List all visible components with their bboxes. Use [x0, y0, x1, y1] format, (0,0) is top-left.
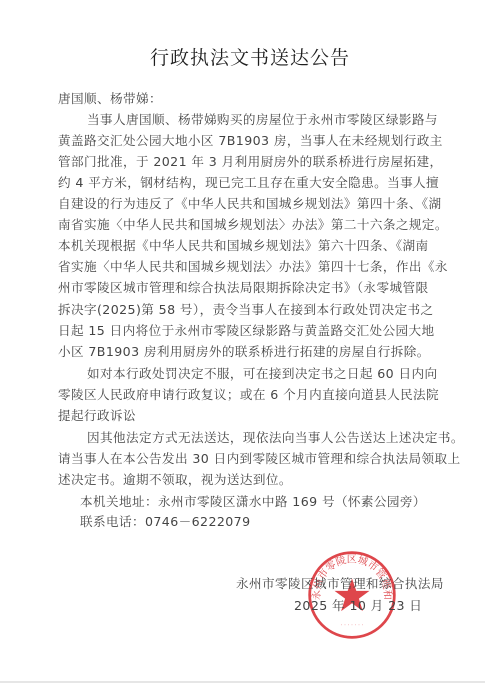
issuing-organization: 永州市零陵区城市管理和综合执法局	[236, 573, 444, 592]
page-bottom-edge	[0, 681, 485, 683]
paragraph1-line: 自建设的行为违反了《中华人民共和国城乡规划法》第四十条、《湖	[58, 196, 440, 212]
paragraph1-line: 省实施〈中华人民共和国城乡规划法〉办法》第四十七条，作出《永	[58, 259, 440, 275]
paragraph2-line: 提起行政诉讼	[58, 408, 440, 424]
paragraph1-line: 本机关现根据《中华人民共和国城乡规划法》第六十四条、《湖南	[58, 238, 440, 254]
issue-date: 2025 年 10 月 23 日	[294, 595, 422, 614]
paragraph1-line: 小区 7B1903 房利用厨房外的联系桥进行拓建的房屋自行拆除。	[58, 344, 440, 360]
agency-address: 本机关地址：永州市零陵区潇水中路 169 号（怀素公园旁）	[80, 494, 433, 510]
addressee: 唐国顺、杨带娣：	[58, 91, 440, 107]
paragraph1-line: 南省实施〈中华人民共和国城乡规划法〉办法》第二十六条之规定。	[58, 217, 440, 233]
paragraph1-line: 约 4 平方米，钢材结构，现已完工且存在重大安全隐患。当事人擅	[58, 175, 440, 191]
notice-document: 行政执法文书送达公告 唐国顺、杨带娣： 当事人唐国顺、杨带娣购买的房屋位于永州市…	[0, 0, 500, 688]
paragraph2-line: 零陵区人民政府申请行政复议；或在 6 个月内直接向道县人民法院	[58, 387, 440, 403]
svg-text:· · · · · · ·: · · · · · · ·	[341, 622, 364, 628]
paragraph1-line: 州市零陵区城市管理和综合执法局限期拆除决定书》（永零城管限	[58, 280, 440, 296]
paragraph3-line: 请当事人在本公告发出 30 日内到零陵区城市管理和综合执法局领取上	[58, 451, 440, 467]
paragraph2-line: 如对本行政处罚决定不服，可在接到决定书之日起 60 日内向	[87, 366, 440, 382]
paragraph1-line: 拆决字(2025)第 58 号），责令当事人在接到本行政处罚决定书之	[58, 302, 440, 318]
paragraph3-line: 述决定书。逾期不领取，视为送达到位。	[58, 472, 440, 488]
document-title: 行政执法文书送达公告	[0, 43, 500, 70]
paragraph1-line: 当事人唐国顺、杨带娣购买的房屋位于永州市零陵区绿影路与	[87, 112, 440, 128]
paragraph1-line: 管部门批准，于 2021 年 3 月利用厨房外的联系桥进行房屋拓建，	[58, 154, 440, 170]
paragraph1-line: 日起 15 日内将位于永州市零陵区绿影路与黄盖路交汇处公园大地	[58, 323, 440, 339]
paragraph3-line: 因其他法定方式无法送达，现依法向当事人公告送达上述决定书。	[87, 430, 440, 446]
paragraph1-line: 黄盖路交汇处公园大地小区 7B1903 房，当事人在未经规划行政主	[58, 133, 440, 149]
contact-phone: 联系电话：0746－6222079	[80, 514, 433, 530]
